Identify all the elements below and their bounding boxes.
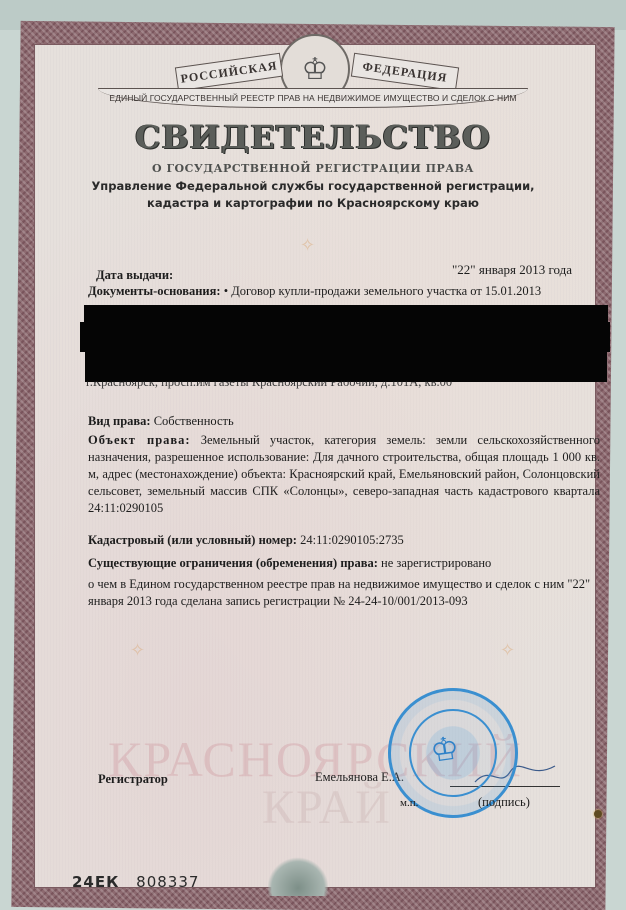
signature-caption: (подпись) (478, 795, 530, 810)
object-of-right: Объект права: Земельный участок, категор… (88, 432, 600, 517)
restrictions-label: Существующие ограничения (обременения) п… (88, 556, 378, 570)
guilloche-ornament-icon: ✧ (130, 640, 145, 661)
right-type-label: Вид права: (88, 414, 151, 428)
document-title: СВИДЕТЕЛЬСТВО (0, 118, 626, 156)
registrar-label: Регистратор (98, 772, 168, 787)
region-watermark-line-2: КРАЙ (262, 780, 392, 835)
issue-date-value: "22" января 2013 года (452, 262, 572, 278)
cadastral-value: 24:11:0290105:2735 (300, 533, 404, 547)
guilloche-ornament-icon: ✧ (500, 640, 515, 661)
registration-record: о чем в Едином государственном реестре п… (88, 576, 600, 610)
document-subtitle: О ГОСУДАРСТВЕННОЙ РЕГИСТРАЦИИ ПРАВА (0, 162, 626, 175)
issue-date-label: Дата выдачи: (96, 268, 173, 283)
pin-hole-icon (594, 810, 602, 818)
redaction-bar (85, 350, 607, 382)
restrictions-value: не зарегистрировано (381, 556, 491, 570)
documents-basis: Документы-основания: • Договор купли-про… (88, 284, 541, 299)
redaction-bar (80, 322, 610, 352)
restrictions: Существующие ограничения (обременения) п… (88, 556, 491, 571)
guilloche-ornament-icon: ✧ (300, 235, 315, 256)
serial-series: 24ЕК (72, 873, 119, 891)
cadastral-label: Кадастровый (или условный) номер: (88, 533, 297, 547)
object-label: Объект права: (88, 433, 191, 447)
issuing-agency: Управление Федеральной службы государств… (0, 178, 626, 212)
stamp-place-label: м.п. (400, 797, 418, 809)
right-type-value: Собственность (154, 414, 234, 428)
agency-line-1: Управление Федеральной службы государств… (0, 178, 626, 195)
rosette-ornament-icon (268, 856, 328, 896)
seal-eagle-icon: ♔ (428, 728, 462, 770)
agency-line-2: кадастра и картографии по Красноярскому … (0, 195, 626, 212)
documents-basis-label: Документы-основания: (88, 284, 221, 298)
serial-number: 808337 (136, 873, 199, 891)
documents-basis-value: • Договор купли-продажи земельного участ… (224, 284, 542, 298)
form-serial-number: 24ЕК 808337 (72, 873, 199, 891)
right-type: Вид права: Собственность (88, 414, 234, 429)
cadastral-number: Кадастровый (или условный) номер: 24:11:… (88, 533, 404, 548)
